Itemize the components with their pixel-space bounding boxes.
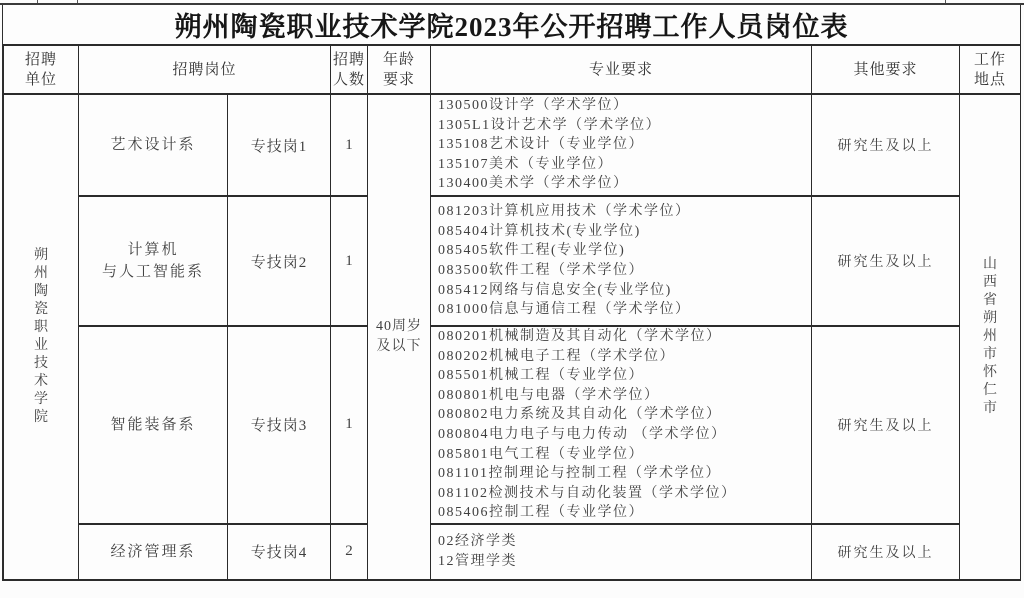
other-requirement-cell: 研究生及以上: [812, 196, 960, 326]
major-line: 081000信息与通信工程（学术学位）: [431, 300, 811, 320]
count-cell: 1: [331, 94, 368, 196]
major-line: 1305L1设计艺术学（学术学位）: [431, 116, 811, 136]
page-title: 朔州陶瓷职业技术学院2023年公开招聘工作人员岗位表: [3, 5, 1020, 44]
major-line: 081101控制理论与控制工程（学术学位）: [431, 464, 811, 484]
major-line: 085801电气工程（专业学位）: [431, 445, 811, 465]
major-line: 02经济学类: [431, 532, 811, 552]
major-line: 135107美术（专业学位）: [431, 155, 811, 175]
table-edge-tick: [945, 0, 946, 3]
major-line: 080202机械电子工程（学术学位）: [431, 347, 811, 367]
major-line: 080801机电与电器（学术学位）: [431, 386, 811, 406]
major-line: 085412网络与信息安全(专业学位): [431, 281, 811, 301]
other-requirement-cell: 研究生及以上: [812, 326, 960, 524]
department-cell: 智能装备系: [79, 326, 228, 524]
major-line: 081203计算机应用技术（学术学位）: [431, 202, 811, 222]
count-cell: 2: [331, 524, 368, 580]
header-location: 工作 地点: [960, 45, 1021, 94]
unit-cell: 朔州陶瓷职业技术学院: [4, 94, 79, 580]
unit-vertical-text: 朔州陶瓷职业技术学院: [34, 247, 49, 427]
major-line: 085405软件工程(专业学位): [431, 241, 811, 261]
department-cell: 艺术设计系: [79, 94, 228, 196]
post-cell: 专技岗4: [228, 524, 331, 580]
recruitment-table-sheet: 朔州陶瓷职业技术学院2023年公开招聘工作人员岗位表 招聘 单位 招聘岗位 招聘…: [2, 5, 1021, 581]
age-requirement-cell: 40周岁 及以下: [368, 94, 431, 580]
department-cell: 计算机 与人工智能系: [79, 196, 228, 326]
location-cell: 山西省朔州市怀仁市: [960, 94, 1021, 580]
post-cell: 专技岗3: [228, 326, 331, 524]
major-line: 083500软件工程（学术学位）: [431, 261, 811, 281]
other-requirement-cell: 研究生及以上: [812, 524, 960, 580]
major-line: 12管理学类: [431, 552, 811, 572]
major-line: 081102检测技术与自动化装置（学术学位）: [431, 484, 811, 504]
table-row: 计算机 与人工智能系 专技岗2 1 081203计算机应用技术（学术学位）085…: [4, 196, 1021, 326]
table-row: 经济管理系 专技岗4 2 02经济学类12管理学类 研究生及以上: [4, 524, 1021, 580]
major-line: 080802电力系统及其自动化（学术学位）: [431, 405, 811, 425]
header-count: 招聘 人数: [331, 45, 368, 94]
table-row: 朔州陶瓷职业技术学院 艺术设计系 专技岗1 1 40周岁 及以下 130500设…: [4, 94, 1021, 196]
recruitment-table: 招聘 单位 招聘岗位 招聘 人数 年龄 要求 专业要求 其他要求 工作 地点 朔…: [3, 44, 1021, 581]
major-line: 135108艺术设计（专业学位）: [431, 135, 811, 155]
majors-cell: 081203计算机应用技术（学术学位）085404计算机技术(专业学位)0854…: [431, 196, 812, 326]
table-row: 智能装备系 专技岗3 1 080201机械制造及其自动化（学术学位）080202…: [4, 326, 1021, 524]
major-line: 080804电力电子与电力传动 （学术学位）: [431, 425, 811, 445]
header-age: 年龄 要求: [368, 45, 431, 94]
major-line: 080201机械制造及其自动化（学术学位）: [431, 327, 811, 347]
table-edge-tick: [77, 0, 78, 3]
header-row: 招聘 单位 招聘岗位 招聘 人数 年龄 要求 专业要求 其他要求 工作 地点: [4, 45, 1021, 94]
location-vertical-text: 山西省朔州市怀仁市: [983, 256, 998, 418]
count-cell: 1: [331, 326, 368, 524]
majors-cell: 02经济学类12管理学类: [431, 524, 812, 580]
post-cell: 专技岗2: [228, 196, 331, 326]
major-line: 085404计算机技术(专业学位): [431, 222, 811, 242]
post-cell: 专技岗1: [228, 94, 331, 196]
header-position: 招聘岗位: [79, 45, 331, 94]
majors-cell: 080201机械制造及其自动化（学术学位）080202机械电子工程（学术学位）0…: [431, 326, 812, 524]
header-other: 其他要求: [812, 45, 960, 94]
count-cell: 1: [331, 196, 368, 326]
major-line: 085501机械工程（专业学位）: [431, 366, 811, 386]
major-line: 085406控制工程（专业学位）: [431, 503, 811, 523]
header-unit: 招聘 单位: [4, 45, 79, 94]
other-requirement-cell: 研究生及以上: [812, 94, 960, 196]
department-cell: 经济管理系: [79, 524, 228, 580]
table-edge-tick: [37, 0, 38, 3]
majors-cell: 130500设计学（学术学位）1305L1设计艺术学（学术学位）135108艺术…: [431, 94, 812, 196]
major-line: 130500设计学（学术学位）: [431, 96, 811, 116]
header-major: 专业要求: [431, 45, 812, 94]
major-line: 130400美术学（学术学位）: [431, 174, 811, 194]
